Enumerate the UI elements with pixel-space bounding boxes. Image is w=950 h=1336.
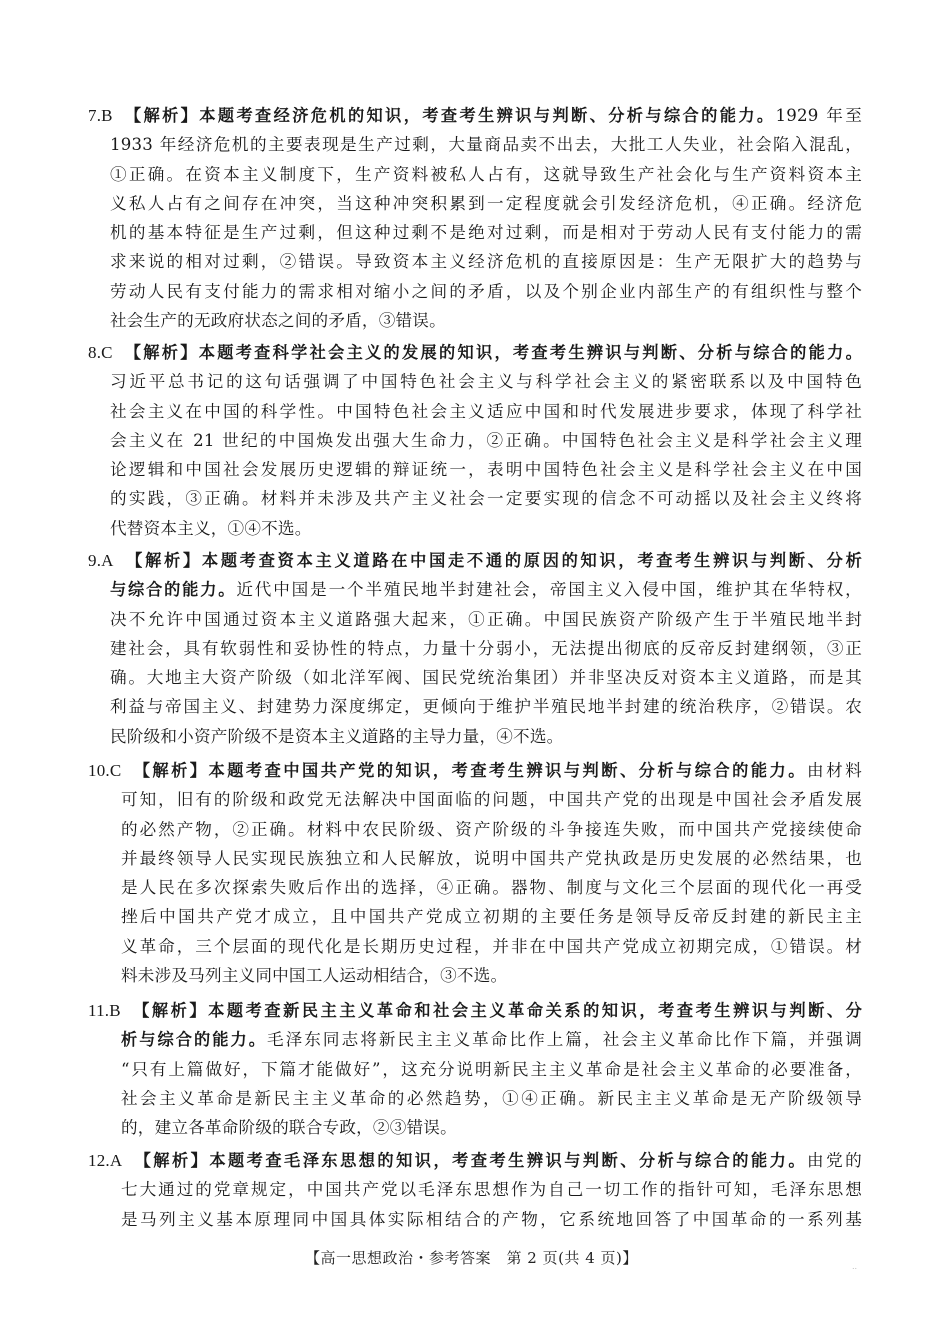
item-line: 劳动人民有支付能力的需求相对缩小之间的矛盾，以及个别企业内部生产的有组织性与整个 <box>88 277 862 306</box>
answer-item-10: 10.C【解析】本题考查中国共产党的知识，考查考生辨识与判断、分析与综合的能力。… <box>88 756 862 990</box>
analysis-summary: 本题考查毛泽东思想的知识，考查考生辨识与判断、分析与综合的能力。 <box>209 1151 807 1170</box>
item-line: 是马列主义基本原理同中国具体实际相结合的产物，它系统地回答了中国革命的一系列基 <box>88 1205 862 1234</box>
item-line: 的必然产物，②正确。材料中农民阶级、资产阶级的斗争接连失败，而中国共产党接续使命 <box>88 815 862 844</box>
analysis-summary: 本题考查中国共产党的知识，考查考生辨识与判断、分析与综合的能力。 <box>209 761 807 780</box>
item-line: “只有上篇做好，下篇才能做好”，这充分说明新民主主义革命是社会主义革命的必要准备… <box>88 1055 862 1084</box>
item-line: 论逻辑和中国社会发展历史逻辑的辩证统一，表明中国特色社会主义是科学社会主义在中国 <box>88 455 862 484</box>
answer-item-9: 9.A【解析】本题考查资本主义道路在中国走不通的原因的知识，考查考生辨识与判断、… <box>88 546 862 751</box>
analysis-label: 【解析】 <box>123 343 199 362</box>
item-line: 习近平总书记的这句话强调了中国特色社会主义与科学社会主义的紧密联系以及中国特色 <box>88 367 862 396</box>
item-line: 机的基本特征是生产过剩，但这种过剩不是绝对过剩，而是相对于劳动人民有支付能力的需 <box>88 218 862 247</box>
corner-mark: .. <box>852 1262 857 1271</box>
analysis-summary: 本题考查经济危机的知识，考查考生辨识与判断、分析与综合的能力。 <box>199 106 775 125</box>
question-number: 7.B <box>88 106 113 125</box>
analysis-summary: 本题考查资本主义道路在中国走不通的原因的知识，考查考生辨识与判断、分析 <box>202 551 862 570</box>
analysis-label: 【解析】 <box>131 761 208 780</box>
item-line: 10.C【解析】本题考查中国共产党的知识，考查考生辨识与判断、分析与综合的能力。… <box>88 756 862 785</box>
item-line: 建社会，具有软弱性和妥协性的特点，力量十分弱小，无法提出彻底的反帝反封建纲领，③… <box>88 634 862 663</box>
item-line: 会主义在 21 世纪的中国焕发出强大生命力，②正确。中国特色社会主义是科学社会主… <box>88 426 862 455</box>
item-line: 社会主义在中国的科学性。中国特色社会主义适应中国和时代发展进步要求，体现了科学社 <box>88 397 862 426</box>
answer-key-page: 7.B【解析】本题考查经济危机的知识，考查考生辨识与判断、分析与综合的能力。19… <box>0 0 950 1336</box>
answer-item-11: 11.B【解析】本题考查新民主主义革命和社会主义革命关系的知识，考查考生辨识与判… <box>88 996 862 1142</box>
analysis-label: 【解析】 <box>123 106 200 125</box>
item-line: 1933 年经济危机的主要表现是生产过剩，大量商品卖不出去，大批工人失业，社会陷… <box>88 130 862 159</box>
item-line: 民阶级和小资产阶级不是资本主义道路的主导力量，④不选。 <box>88 722 862 751</box>
item-line: 义革命，三个层面的现代化是长期历史过程，并非在中国共产党成立初期完成，①错误。材 <box>88 932 862 961</box>
item-line: 是人民在多次探索失败后作出的选择，④正确。器物、制度与文化三个层面的现代化一再受 <box>88 873 862 902</box>
item-line: 利益与帝国主义、封建势力深度绑定，更倾向于维护半殖民地半封建的统治秩序，②错误。… <box>88 692 862 721</box>
analysis-label: 【解析】 <box>131 1001 208 1020</box>
item-line: 社会生产的无政府状态之间的矛盾，③错误。 <box>88 306 862 335</box>
question-number: 11.B <box>88 1001 121 1020</box>
item-line: 的实践，③正确。材料并未涉及共产主义社会一定要实现的信念不可动摇以及社会主义终将 <box>88 484 862 513</box>
item-line: 7.B【解析】本题考查经济危机的知识，考查考生辨识与判断、分析与综合的能力。19… <box>88 101 862 130</box>
answer-item-8: 8.C【解析】本题考查科学社会主义的发展的知识，考查考生辨识与判断、分析与综合的… <box>88 338 862 543</box>
item-line: 义私人占有之间存在冲突，当这种冲突积累到一定程度就会引发经济危机，④正确。经济危 <box>88 189 862 218</box>
item-line: 确。大地主大资产阶级（如北洋军阀、国民党统治集团）并非坚决反对资本主义道路，而是… <box>88 663 862 692</box>
item-line: 代替资本主义，①④不选。 <box>88 514 862 543</box>
analysis-label: 【解析】 <box>132 1151 209 1170</box>
item-line: 8.C【解析】本题考查科学社会主义的发展的知识，考查考生辨识与判断、分析与综合的… <box>88 338 862 367</box>
item-line: 社会主义革命是新民主主义革命的必然趋势，①④正确。新民主主义革命是无产阶级领导 <box>88 1084 862 1113</box>
item-line: 并最终领导人民实现民族独立和人民解放，说明中国共产党执政是历史发展的必然结果，也 <box>88 844 862 873</box>
item-line: 料未涉及马列主义同中国工人运动相结合，③不选。 <box>88 961 862 990</box>
item-line: 析与综合的能力。毛泽东同志将新民主主义革命比作上篇，社会主义革命比作下篇，并强调 <box>88 1025 862 1054</box>
answer-item-7: 7.B【解析】本题考查经济危机的知识，考查考生辨识与判断、分析与综合的能力。19… <box>88 101 862 335</box>
item-line: ①正确。在资本主义制度下，生产资料被私人占有，这就导致生产社会化与生产资料资本主 <box>88 160 862 189</box>
item-line: 9.A【解析】本题考查资本主义道路在中国走不通的原因的知识，考查考生辨识与判断、… <box>88 546 862 575</box>
item-line: 与综合的能力。近代中国是一个半殖民地半封建社会，帝国主义入侵中国，维护其在华特权… <box>88 575 862 604</box>
item-line: 挫后中国共产党才成立，且中国共产党成立初期的主要任务是领导反帝反封建的新民主主 <box>88 902 862 931</box>
item-line: 七大通过的党章规定，中国共产党以毛泽东思想作为自己一切工作的指针可知，毛泽东思想 <box>88 1175 862 1204</box>
item-line: 11.B【解析】本题考查新民主主义革命和社会主义革命关系的知识，考查考生辨识与判… <box>88 996 862 1025</box>
page-footer: 【高一思想政治・参考答案 第 2 页(共 4 页)】 <box>305 1247 638 1268</box>
analysis-summary: 本题考查科学社会主义的发展的知识，考查考生辨识与判断、分析与综合的能力。 <box>199 343 862 362</box>
question-number: 9.A <box>88 551 114 570</box>
question-number: 12.A <box>88 1151 122 1170</box>
answer-item-12: 12.A【解析】本题考查毛泽东思想的知识，考查考生辨识与判断、分析与综合的能力。… <box>88 1146 862 1234</box>
analysis-summary: 本题考查新民主主义革命和社会主义革命关系的知识，考查考生辨识与判断、分 <box>208 1001 862 1020</box>
item-line: 的，建立各革命阶级的联合专政，②③错误。 <box>88 1113 862 1142</box>
item-line: 决不允许中国通过资本主义道路强大起来，①正确。中国民族资产阶级产生于半殖民地半封 <box>88 605 862 634</box>
question-number: 8.C <box>88 343 113 362</box>
item-line: 可知，旧有的阶级和政党无法解决中国面临的问题，中国共产党的出现是中国社会矛盾发展 <box>88 785 862 814</box>
question-number: 10.C <box>88 761 121 780</box>
analysis-label: 【解析】 <box>124 551 202 570</box>
item-line: 求来说的相对过剩，②错误。导致资本主义经济危机的直接原因是：生产无限扩大的趋势与 <box>88 247 862 276</box>
item-line: 12.A【解析】本题考查毛泽东思想的知识，考查考生辨识与判断、分析与综合的能力。… <box>88 1146 862 1175</box>
